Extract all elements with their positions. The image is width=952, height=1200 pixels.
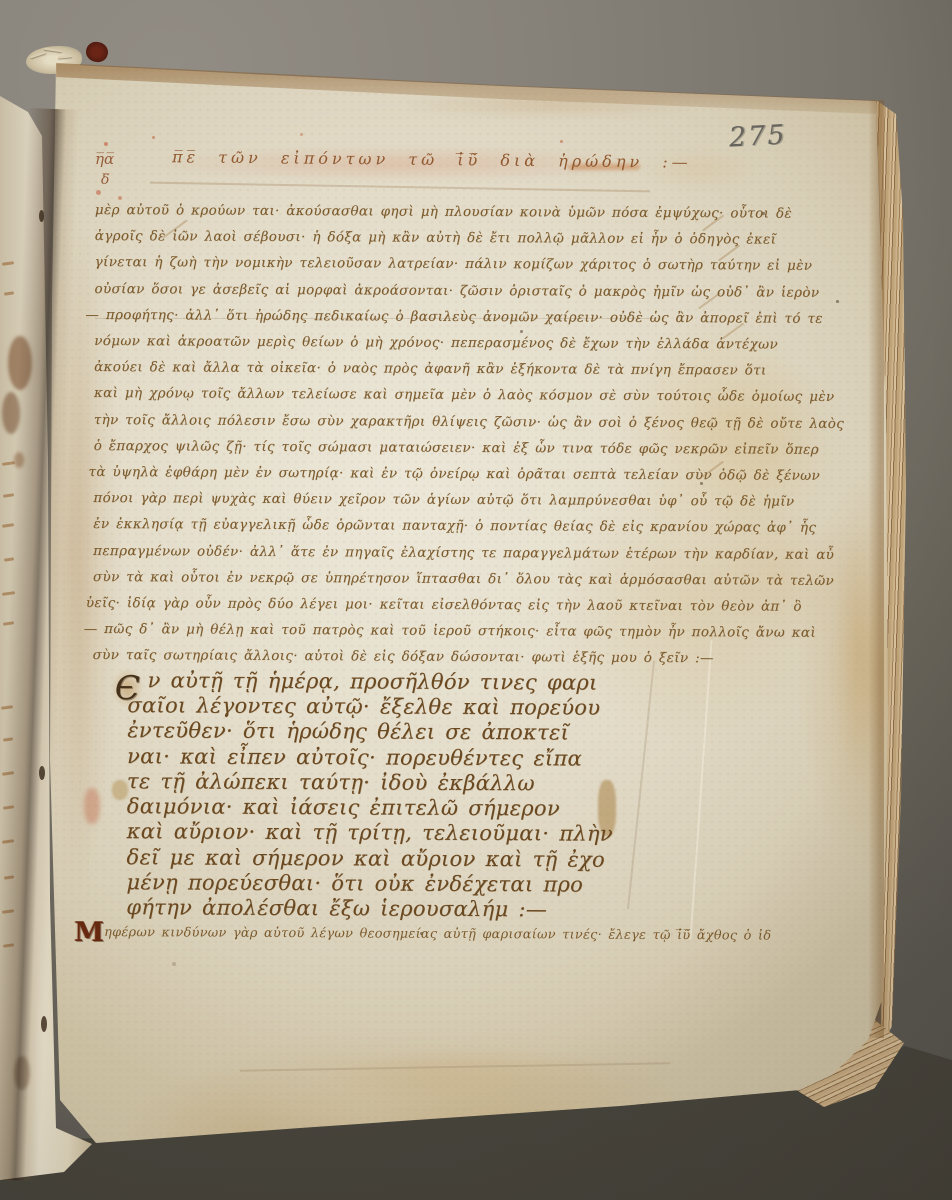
commentary-line: — προφήτης· ἀλλ᾽ ὅτι ἡρώδης πεδικαίως ὁ … xyxy=(85,308,823,327)
lemma-line: καὶ αὔριον· καὶ τῇ τρίτῃ, τελειοῦμαι· πλ… xyxy=(127,819,613,846)
commentary-line: ἀγροῖς δὲ ἰῶν λαοὶ σέβουσι· ἡ δόξα μὴ κἂ… xyxy=(95,229,777,248)
manuscript-photo: η̅α̅ δ̅ π̅ε̅ τῶν εἰπόντων τῶ ἰ̅ῦ̅ διὰ ἡρ… xyxy=(0,0,952,1200)
lemma-line: ἐντεῦθεν· ὅτι ἡρώδης θέλει σε ἀποκτεῖ xyxy=(127,718,569,744)
commentary-line: οὐσίαν ὅσοι γε ἀσεβεῖς αἱ μορφαὶ ἀκροάσο… xyxy=(94,282,819,301)
commentary-line: πόνοι γὰρ περὶ ψυχὰς καὶ θύειν χεῖρον τῶ… xyxy=(93,491,794,510)
commentary-line: ἀκούει δὲ καὶ ἄλλα τὰ οἰκεῖα· ὁ ναὸς πρὸ… xyxy=(94,360,767,379)
lemma-line: δαιμόνια· καὶ ἰάσεις ἐπιτελῶ σήμερον xyxy=(127,794,560,820)
commentary-line: σὺν ταῖς σωτηρίαις ἄλλοις· αὐτοὶ δὲ εἰς … xyxy=(93,648,714,666)
text-layer: μὲρ αὐτοῦ ὁ κρούων ται· ἀκούσασθαι φησὶ … xyxy=(0,0,952,1200)
lemma-line: φήτην ἀπολέσθαι ἔξω ἱερουσαλήμ :— xyxy=(126,895,547,921)
commentary-line: τὰ ὑψηλὰ ἐφθάρη μὲν ἐν σωτηρίᾳ· καὶ ἐν τ… xyxy=(89,465,821,484)
commentary-line: καὶ μὴ χρόνῳ τοῖς ἄλλων τελείωσε καὶ σημ… xyxy=(94,386,835,405)
commentary-line: ὁ ἔπαρχος ψιλῶς ζῇ· τίς τοῖς σώμασι ματα… xyxy=(94,439,819,458)
commentary-line: νόμων καὶ ἀκροατῶν μερὶς θείων ὁ μὴ χρόν… xyxy=(94,334,778,353)
commentary-line: ὑεῖς· ἰδίᾳ γὰρ οὖν πρὸς δύο λέγει μοι· κ… xyxy=(86,596,802,615)
lemma-line: δεῖ με καὶ σήμερον καὶ αὔριον καὶ τῇ ἐχο xyxy=(126,845,605,872)
commentary-line: τὴν τοῖς ἄλλοις πόλεσιν ἔσω σὺν χαρακτῆρ… xyxy=(94,413,844,432)
commentary-line: μὲρ αὐτοῦ ὁ κρούων ται· ἀκούσασθαι φησὶ … xyxy=(95,203,792,222)
commentary-line: πεπραγμένων οὐδέν· ἀλλ᾽ ἅτε ἐν πηγαῖς ἐλ… xyxy=(93,544,834,563)
commentary-line: ἐν ἐκκλησίᾳ τῇ εὐαγγελικῇ ὧδε ὁρῶνται πα… xyxy=(93,517,816,536)
commentary-line: γίνεται ἡ ζωὴ τὴν νομικὴν τελειοῦσαν λατ… xyxy=(95,255,813,274)
lemma-line: ν αὐτῇ τῇ ἡμέρᾳ, προσῆλθόν τινες φαρι xyxy=(147,668,597,694)
lemma-line: σαῖοι λέγοντες αὐτῷ· ἔξελθε καὶ πορεύου xyxy=(127,693,600,719)
commentary-line: — πῶς δ᾽ ἂν μὴ θέλῃ καὶ τοῦ πατρὸς καὶ τ… xyxy=(84,622,816,641)
lemma-line: ναι· καὶ εἶπεν αὐτοῖς· πορευθέντες εἴπα xyxy=(127,744,582,770)
lemma-line: τε τῇ ἀλώπεκι ταύτῃ· ἰδοὺ ἐκβάλλω xyxy=(127,769,535,795)
commentary-line: ηφέρων κινδύνων γὰρ αὐτοῦ λέγων θεοσημεί… xyxy=(104,925,771,943)
lemma-line: μένῃ πορεύεσθαι· ὅτι οὐκ ἐνδέχεται προ xyxy=(126,870,583,896)
commentary-line: σὺν τὰ καὶ οὗτοι ἐν νεκρῷ σε ὑπηρέτησον … xyxy=(93,570,834,589)
decorated-initial-mu: Μ xyxy=(74,917,104,948)
